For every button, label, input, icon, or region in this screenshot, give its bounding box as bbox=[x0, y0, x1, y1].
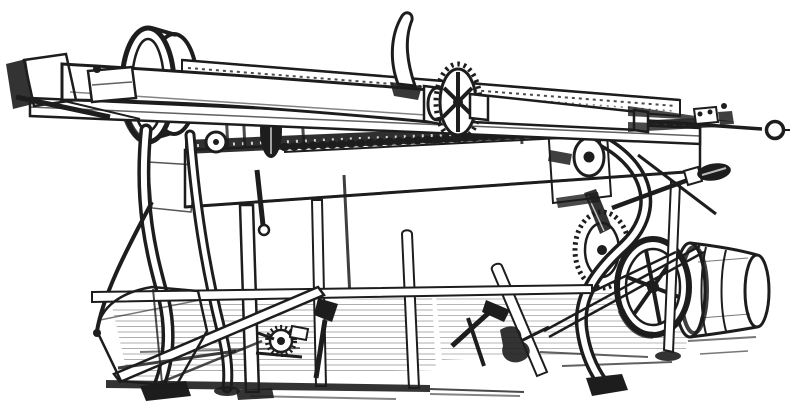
drum-band bbox=[722, 250, 727, 331]
pawl-arm bbox=[257, 170, 263, 225]
small-gear-mount bbox=[290, 326, 308, 340]
bracket-bolt bbox=[708, 110, 713, 115]
machine-engraving-illustration bbox=[0, 0, 800, 418]
gear-hub bbox=[453, 97, 463, 107]
lever-blade bbox=[392, 13, 415, 86]
pawl-eye bbox=[259, 225, 269, 235]
headstock-hub bbox=[584, 152, 595, 163]
bracket-bolt bbox=[698, 112, 703, 117]
chain-gear-hub bbox=[597, 245, 607, 255]
small-gear-hub bbox=[277, 337, 285, 345]
drum-right-face bbox=[745, 255, 769, 327]
ground-stroke bbox=[430, 394, 520, 396]
ground-stroke bbox=[700, 351, 748, 354]
clamp-block bbox=[88, 65, 136, 102]
drum-texture bbox=[700, 314, 750, 318]
treadle-pivot bbox=[93, 329, 101, 337]
engraving-page bbox=[0, 0, 800, 418]
gear-right-collar bbox=[470, 94, 488, 120]
clamp-bolt bbox=[93, 65, 101, 73]
bed-hanger-rod bbox=[344, 175, 350, 298]
base-bar-extension bbox=[430, 389, 524, 392]
rod-bracket bbox=[694, 107, 718, 124]
ground-stroke bbox=[562, 362, 672, 366]
bed-ratchet-hub bbox=[213, 139, 219, 145]
bracket-knob bbox=[721, 103, 727, 109]
straight-leg-foot bbox=[655, 351, 681, 361]
top-hand-lever bbox=[390, 13, 422, 100]
rod-collar bbox=[718, 111, 734, 125]
headstock-bracket bbox=[548, 150, 572, 165]
belt-wheel bbox=[617, 239, 689, 335]
ground-stroke bbox=[688, 337, 756, 341]
